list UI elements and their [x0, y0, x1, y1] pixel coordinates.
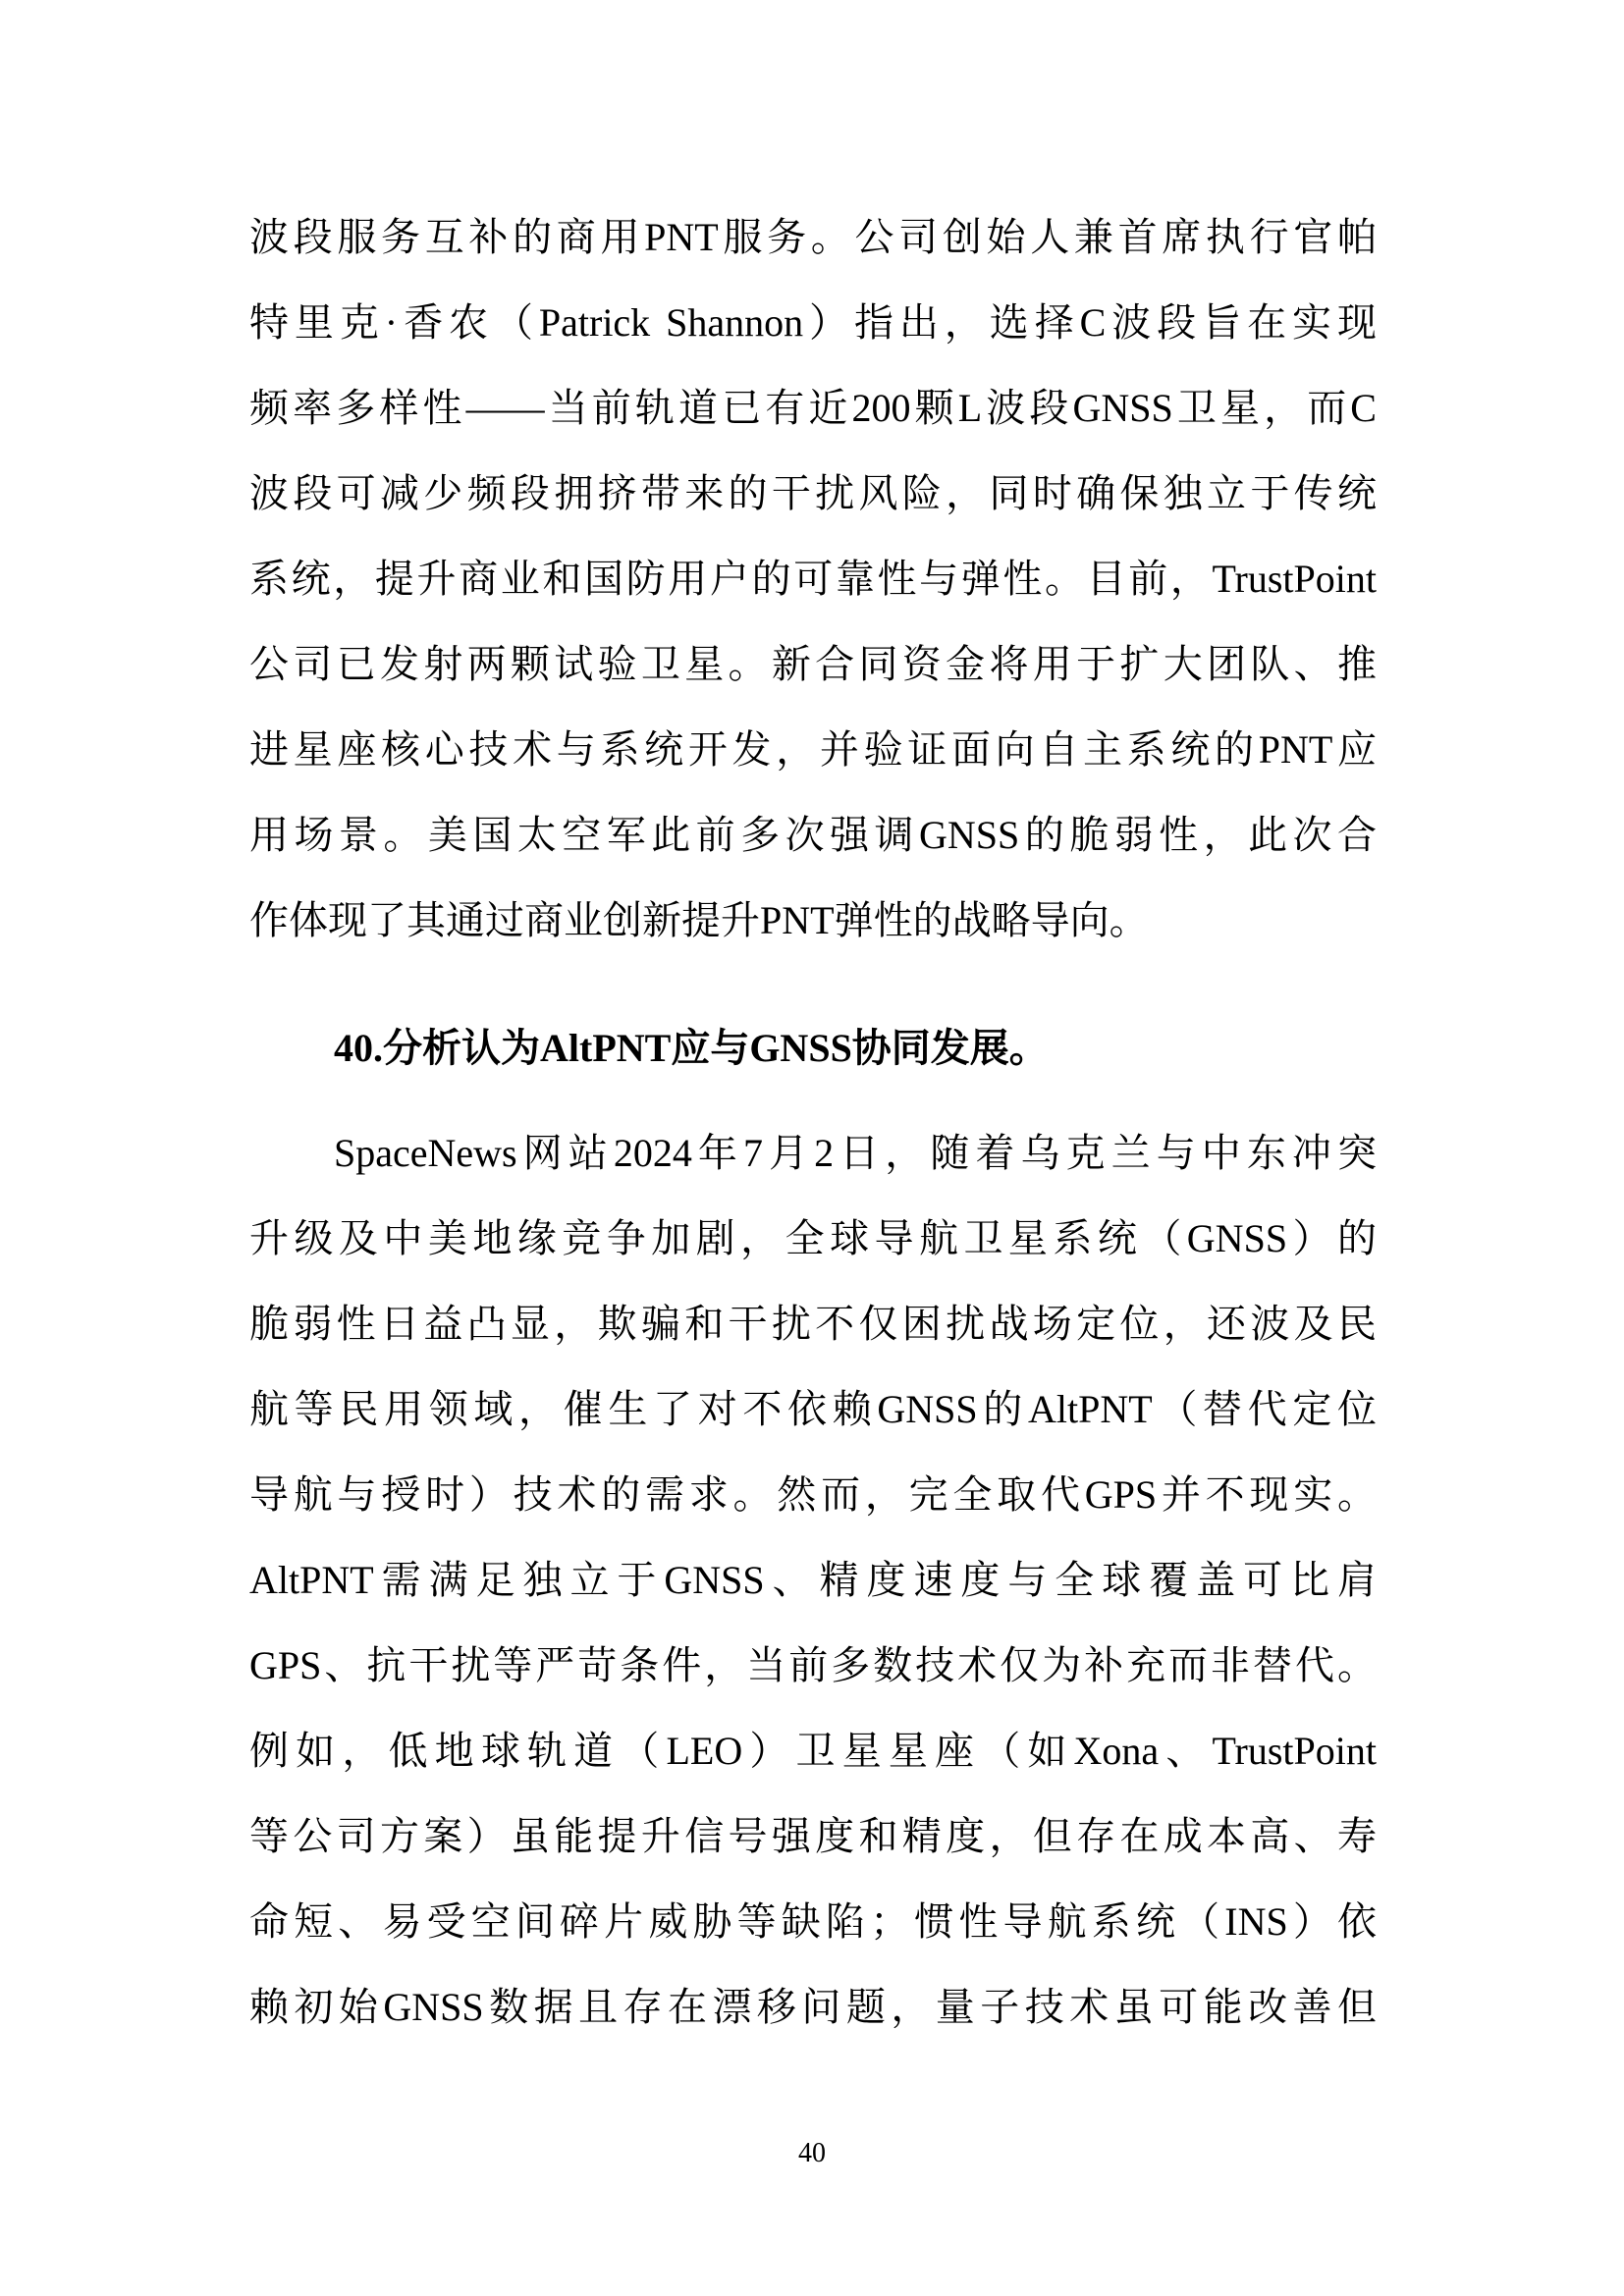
text-line: 赖初始GNSS数据且存在漂移问题，量子技术虽可能改善但 [249, 1983, 1377, 2032]
text-line: 系统，提升商业和国防用户的可靠性与弹性。目前，TrustPoint [249, 555, 1377, 604]
document-page: 波段服务互补的商用PNT服务。公司创始人兼首席执行官帕 特里克·香农（Patri… [0, 0, 1624, 2296]
text-line: 命短、易受空间碎片威胁等缺陷；惯性导航系统（INS）依 [249, 1897, 1377, 1947]
text-line: 波段服务互补的商用PNT服务。公司创始人兼首席执行官帕 [249, 213, 1377, 262]
section-heading: 40.分析认为AltPNT应与GNSS协同发展。 [334, 1022, 1049, 1075]
text-line: 例如，低地球轨道（LEO）卫星星座（如Xona、TrustPoint [249, 1727, 1377, 1776]
text-line: AltPNT需满足独立于GNSS、精度速度与全球覆盖可比肩 [249, 1556, 1377, 1605]
text-line: 等公司方案）虽能提升信号强度和精度，但存在成本高、寿 [249, 1812, 1377, 1861]
text-line: 脆弱性日益凸显，欺骗和干扰不仅困扰战场定位，还波及民 [249, 1300, 1377, 1349]
page-number: 40 [0, 2138, 1624, 2169]
text-line: 频率多样性——当前轨道已有近200颗L波段GNSS卫星，而C [249, 384, 1377, 433]
text-line: 公司已发射两颗试验卫星。新合同资金将用于扩大团队、推 [249, 640, 1377, 689]
text-line: SpaceNews网站2024年7月2日，随着乌克兰与中东冲突 [334, 1129, 1377, 1178]
text-line: 导航与授时）技术的需求。然而，完全取代GPS并不现实。 [249, 1470, 1377, 1520]
text-line: 航等民用领域，催生了对不依赖GNSS的AltPNT（替代定位 [249, 1385, 1377, 1434]
text-line: 升级及中美地缘竞争加剧，全球导航卫星系统（GNSS）的 [249, 1214, 1377, 1263]
text-line: GPS、抗干扰等严苛条件，当前多数技术仅为补充而非替代。 [249, 1641, 1377, 1690]
text-line: 作体现了其通过商业创新提升PNT弹性的战略导向。 [249, 896, 1377, 945]
text-line: 用场景。美国太空军此前多次强调GNSS的脆弱性，此次合 [249, 811, 1377, 860]
text-line: 进星座核心技术与系统开发，并验证面向自主系统的PNT应 [249, 725, 1377, 774]
text-line: 波段可减少频段拥挤带来的干扰风险，同时确保独立于传统 [249, 469, 1377, 518]
text-line: 特里克·香农（Patrick Shannon）指出，选择C波段旨在实现 [249, 298, 1377, 347]
